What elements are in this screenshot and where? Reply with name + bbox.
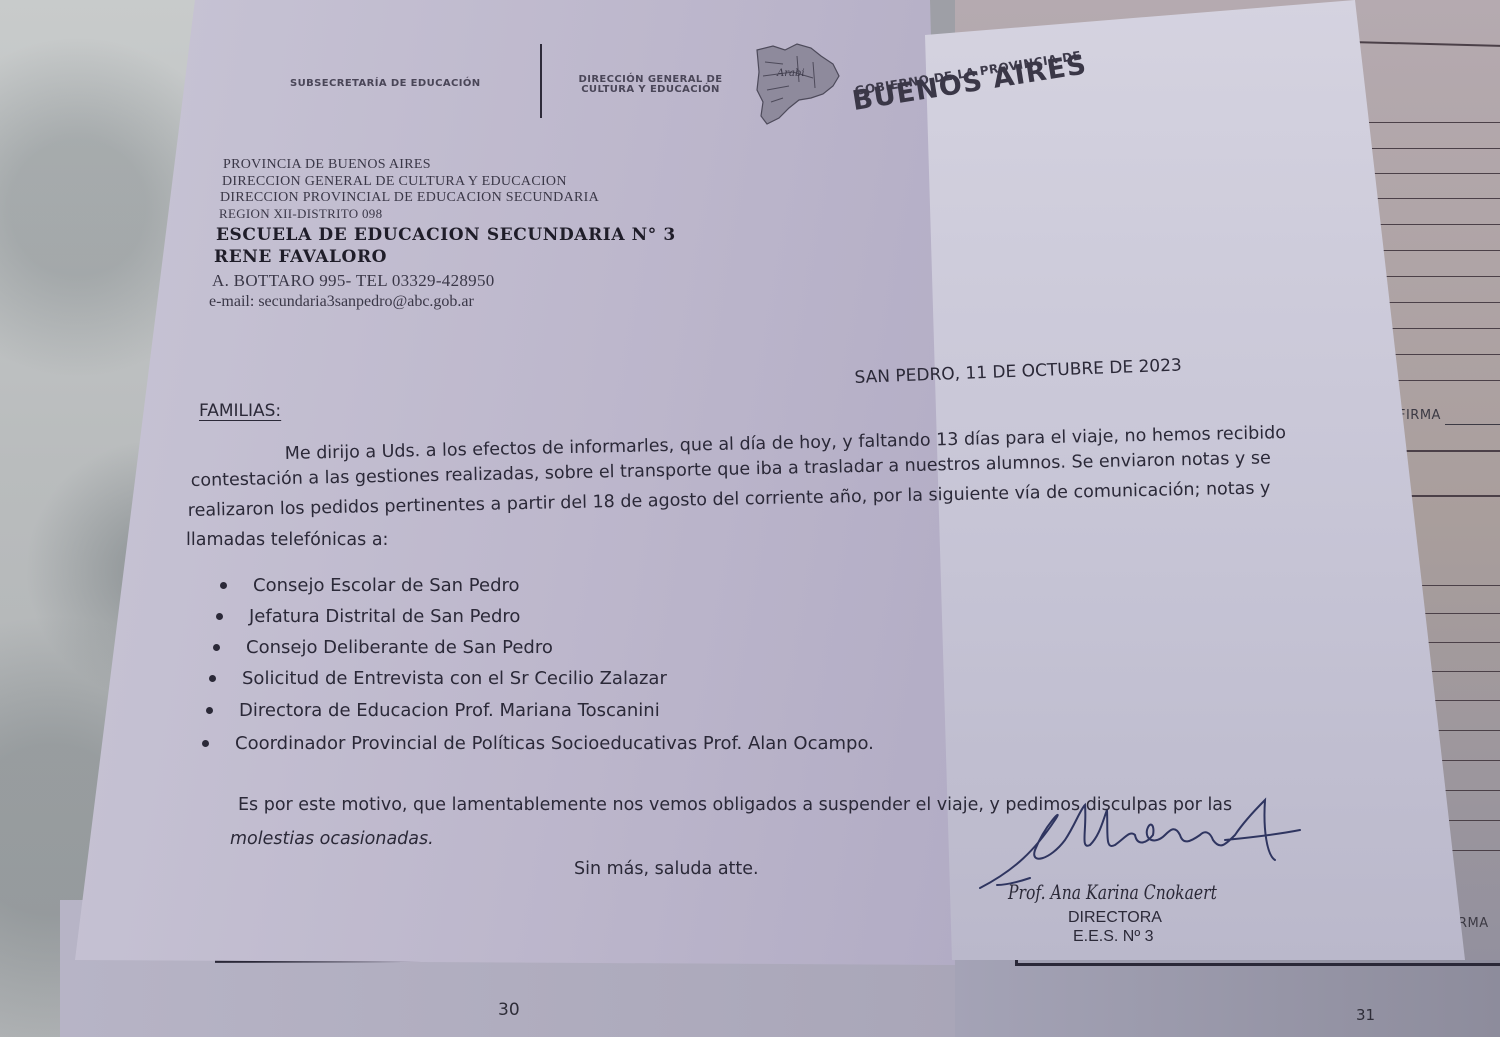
school-email: e-mail: secundaria3sanpedro@abc.gob.ar (209, 293, 474, 311)
recipient-label: Solicitud de Entrevista con el Sr Cecili… (242, 668, 667, 689)
buenos-aires-province-map-icon: Arabi (753, 42, 841, 126)
closing: Sin más, saluda atte. (574, 859, 759, 879)
recipient-label: Coordinador Provincial de Políticas Soci… (235, 733, 874, 754)
signatory-school: E.E.S. Nº 3 (1073, 928, 1154, 946)
letterhead-divider (540, 44, 542, 118)
signatory-name: Prof. Ana Karina Cnokaert (1008, 880, 1217, 904)
paragraph-1-line: llamadas telefónicas a: (186, 530, 388, 550)
direccion-general-label: DIRECCIÓN GENERAL DE CULTURA Y EDUCACIÓN (568, 75, 733, 95)
recipient-label: Directora de Educacion Prof. Mariana Tos… (239, 700, 660, 721)
school-subtitle: RENE FAVALORO (214, 247, 387, 267)
recipient-item: Consejo Deliberante de San Pedro (213, 637, 553, 658)
institution-line: PROVINCIA DE BUENOS AIRES (223, 157, 431, 173)
recipient-item: Coordinador Provincial de Políticas Soci… (202, 733, 874, 754)
bullet-icon (202, 740, 209, 747)
recipient-label: Consejo Escolar de San Pedro (253, 575, 520, 596)
recipient-label: Jefatura Distrital de San Pedro (249, 606, 520, 627)
institution-line: DIRECCION PROVINCIAL DE EDUCACION SECUND… (220, 190, 599, 206)
svg-text:Arabi: Arabi (776, 68, 805, 79)
recipient-item: Consejo Escolar de San Pedro (220, 575, 520, 596)
salutation: FAMILIAS: (199, 401, 281, 421)
recipient-item: Solicitud de Entrevista con el Sr Cecili… (209, 668, 667, 689)
bullet-icon (216, 613, 223, 620)
paragraph-2-line: molestias ocasionadas. (230, 829, 434, 849)
signatory-role: DIRECTORA (1068, 909, 1162, 927)
bullet-icon (209, 675, 216, 682)
direccion-general-line-2: CULTURA Y EDUCACIÓN (568, 85, 733, 95)
subsecretaria-label: SUBSECRETARÍA DE EDUCACIÓN (290, 79, 481, 89)
buenos-aires-label: BUENOS AIRES (850, 49, 1089, 117)
institution-line: DIRECCION GENERAL DE CULTURA Y EDUCACION (222, 174, 567, 190)
recipient-item: Directora de Educacion Prof. Mariana Tos… (206, 700, 660, 721)
recipient-item: Jefatura Distrital de San Pedro (216, 606, 520, 627)
bullet-icon (206, 707, 213, 714)
school-name: ESCUELA DE EDUCACION SECUNDARIA N° 3 (216, 225, 676, 245)
bullet-icon (213, 644, 220, 651)
recipient-label: Consejo Deliberante de San Pedro (246, 637, 553, 658)
institution-line: REGION XII-DISTRITO 098 (219, 206, 382, 222)
bullet-icon (220, 582, 227, 589)
letter-date: SAN PEDRO, 11 DE OCTUBRE DE 2023 (854, 355, 1182, 388)
letter-content: SUBSECRETARÍA DE EDUCACIÓN DIRECCIÓN GEN… (0, 0, 1500, 1037)
school-address: A. BOTTARO 995- TEL 03329-428950 (212, 271, 495, 291)
